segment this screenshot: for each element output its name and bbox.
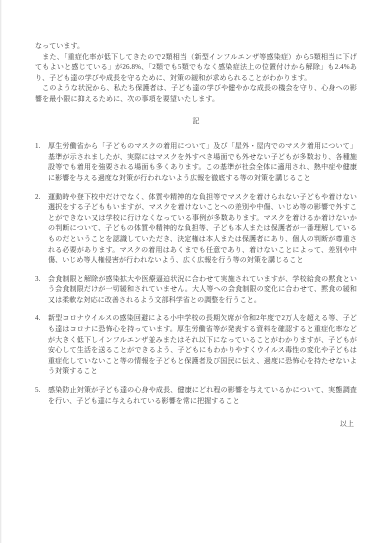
item-number: 2. — [35, 192, 48, 266]
item-number: 5. — [35, 385, 48, 406]
list-item: 1. 厚生労働省から「子どものマスクの着用について」及び「屋外・屋内でのマスク着… — [35, 141, 357, 183]
document-content: なっています。 また、「重症化率が低下してきたので2類相当（新型インフルエンザ等… — [35, 41, 357, 430]
list-item: 2. 運動時や登下校中だけでなく、体質や精神的な負担等でマスクを着けられない子ど… — [35, 192, 357, 266]
closing-marker: 以上 — [35, 419, 357, 430]
page-scan-edge — [0, 0, 2, 543]
paragraph-continuation: なっています。 — [35, 41, 357, 52]
item-number: 1. — [35, 141, 48, 183]
item-number: 3. — [35, 274, 48, 306]
item-text: 運動時や登下校中だけでなく、体質や精神的な負担等でマスクを着けられない子どもや着… — [48, 192, 357, 266]
item-text: 会食制限と解除が感染拡大や医療逼迫状況に合わせて実施されていますが、学校給食の黙… — [48, 274, 357, 306]
record-marker: 記 — [35, 116, 357, 127]
document-page: なっています。 また、「重症化率が低下してきたので2類相当（新型インフルエンザ等… — [0, 0, 384, 543]
list-item: 3. 会食制限と解除が感染拡大や医療逼迫状況に合わせて実施されていますが、学校給… — [35, 274, 357, 306]
item-number: 4. — [35, 313, 48, 377]
list-item: 4. 新型コロナウイルスの感染回避による小中学校の長期欠席が令和2年度で2万人を… — [35, 313, 357, 377]
item-text: 厚生労働省から「子どものマスクの着用について」及び「屋外・屋内でのマスク着用につ… — [48, 141, 357, 183]
paragraph-request-intro: このような状況から、私たち保護者は、子ども達の学びや健やかな成長の機会を守り、心… — [35, 83, 357, 104]
item-text: 新型コロナウイルスの感染回避による小中学校の長期欠席が令和2年度で2万人を超える… — [48, 313, 357, 377]
paragraph-survey-results: また、「重症化率が低下してきたので2類相当（新型インフルエンザ等感染症）から5類… — [35, 52, 357, 84]
item-text: 感染防止対策が子ども達の心身や成長、健康にどれ程の影響を与えているかについて、実… — [48, 385, 357, 406]
request-list: 1. 厚生労働省から「子どものマスクの着用について」及び「屋外・屋内でのマスク着… — [35, 141, 357, 406]
list-item: 5. 感染防止対策が子ども達の心身や成長、健康にどれ程の影響を与えているかについ… — [35, 385, 357, 406]
